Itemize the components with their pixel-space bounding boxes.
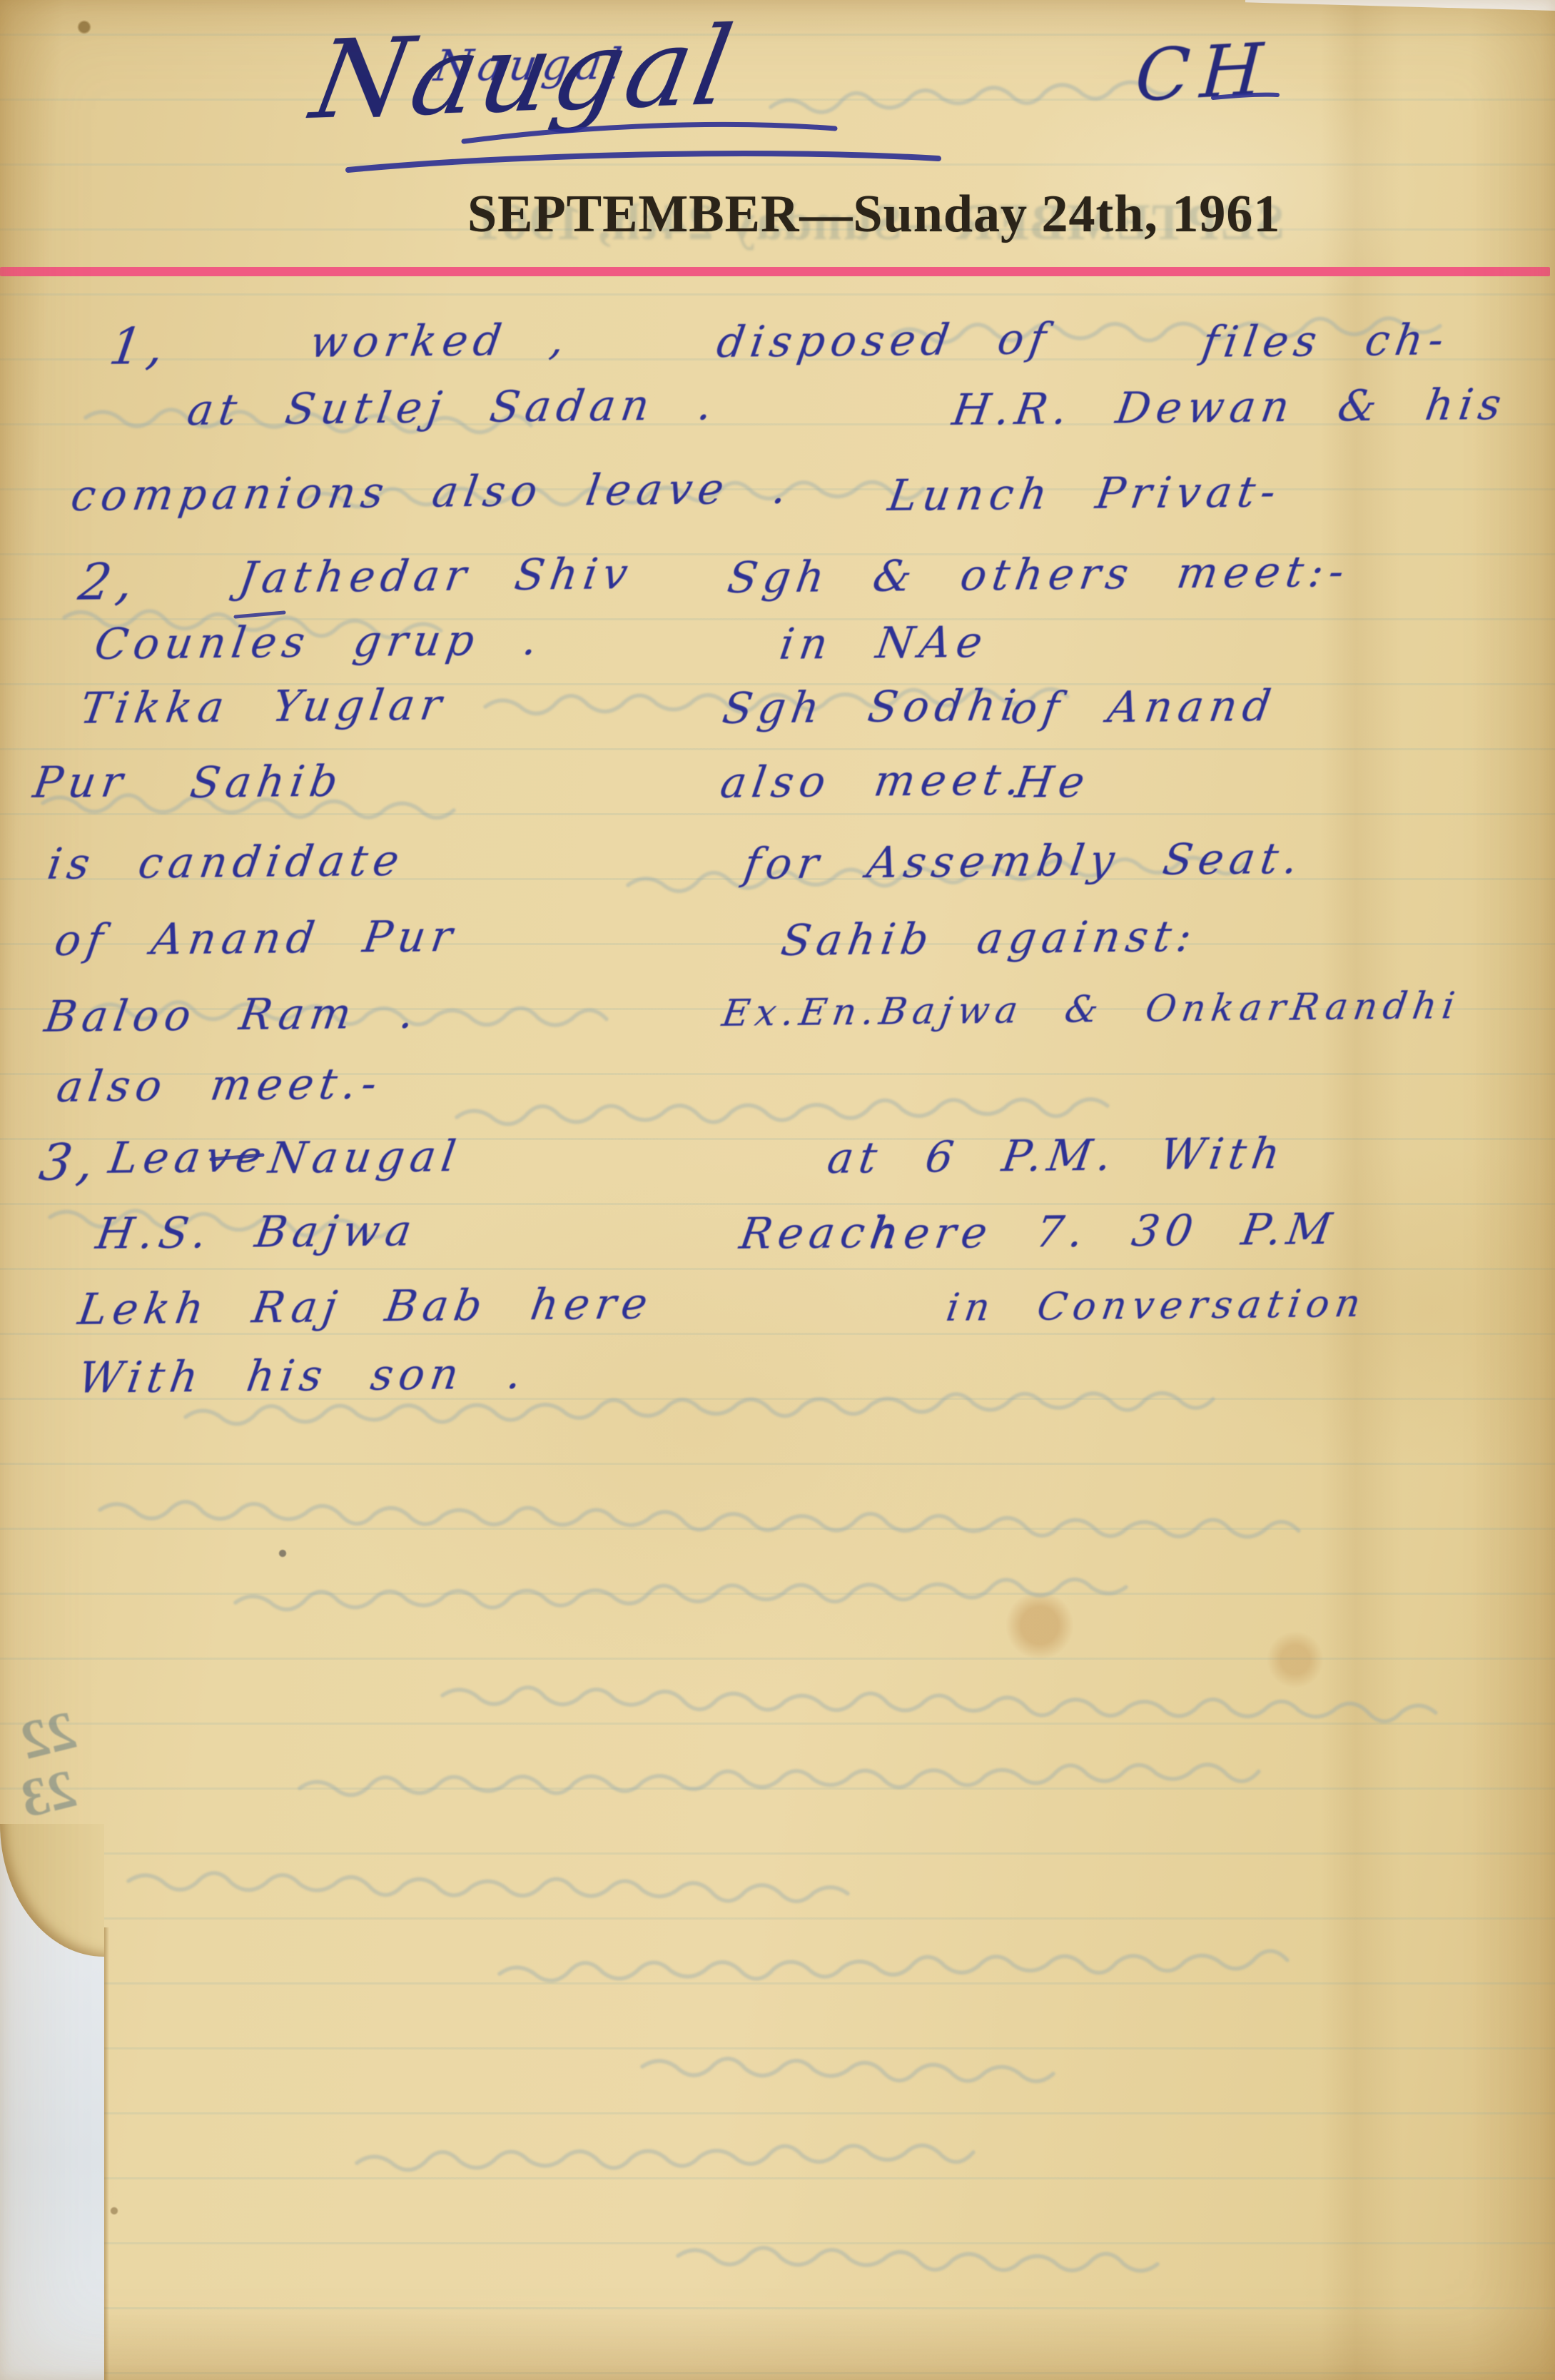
handwritten-text-segment: Sgh & others meet:-	[724, 547, 1353, 603]
handwritten-text-segment: H.S. Bajwa	[93, 1206, 420, 1259]
handwritten-text-segment: files ch-	[1199, 315, 1452, 368]
handwritten-text-segment: Sahib against:	[778, 912, 1200, 966]
handwritten-text-segment: companions also leave .	[68, 463, 796, 521]
handwritten-text-segment: Naugal	[265, 1131, 465, 1184]
handwritten-text-segment: Leave	[106, 1132, 270, 1184]
diary-page-scan: SEPTEMBER—Sunday 24th, 1961 Naugal Nauga…	[0, 0, 1555, 2380]
handwritten-text-segment: H.R. Dewan & his	[949, 380, 1510, 435]
handwritten-text-segment: also meet.-	[54, 1059, 385, 1112]
handwritten-text-segment: Sahib	[187, 757, 347, 808]
handwritten-text-segment: Lunch Privat-	[885, 467, 1285, 521]
page-corner-edge-shadow	[104, 1927, 109, 2380]
handwritten-text-segment: 1,	[106, 317, 173, 376]
handwritten-text-segment: for Assembly Seat.	[741, 834, 1307, 889]
handwritten-text-segment: Tikka Yuglar	[77, 680, 450, 734]
handwritten-text-segment: Jathedar Shiv	[235, 549, 637, 603]
handwritten-text-segment: at Sutlej Sadan .	[184, 380, 721, 435]
handwritten-text-segment: 3,	[36, 1133, 103, 1192]
handwritten-text-segment: at 6 P.M. With	[824, 1129, 1289, 1184]
handwritten-text-segment: of Anand Pur	[51, 912, 461, 966]
handwritten-text-segment: He	[1012, 757, 1093, 808]
handwriting-layer: 1,worked ,disposed offiles ch-at Sutlej …	[0, 0, 1555, 2380]
handwritten-text-segment: Counles grup .	[91, 615, 547, 670]
handwritten-text-segment: of Anand	[1008, 681, 1280, 734]
handwritten-text-segment: also meet.	[717, 755, 1029, 808]
handwritten-text-segment: Lekh Raj Bab here	[75, 1279, 657, 1335]
handwritten-text-segment: Pur	[30, 757, 131, 808]
handwritten-text-segment: Sgh Sodhi	[719, 681, 1025, 734]
handwritten-text-segment: Baloo Ram .	[41, 989, 423, 1042]
handwritten-text-segment: Ex.En.Bajwa & OnkarRandhi	[719, 984, 1463, 1035]
handwritten-text-segment: 2,	[75, 553, 143, 612]
handwritten-text-segment: worked ,	[307, 315, 574, 368]
handwritten-text-segment: disposed of	[714, 314, 1055, 368]
handwritten-text-segment: here 7. 30 P.M	[867, 1204, 1340, 1259]
handwritten-text-segment: in NAe	[776, 617, 991, 670]
handwritten-text-segment: in Conversation	[943, 1281, 1369, 1330]
handwritten-text-segment: is candidate	[44, 836, 408, 889]
handwritten-text-segment: With his son .	[75, 1348, 530, 1403]
